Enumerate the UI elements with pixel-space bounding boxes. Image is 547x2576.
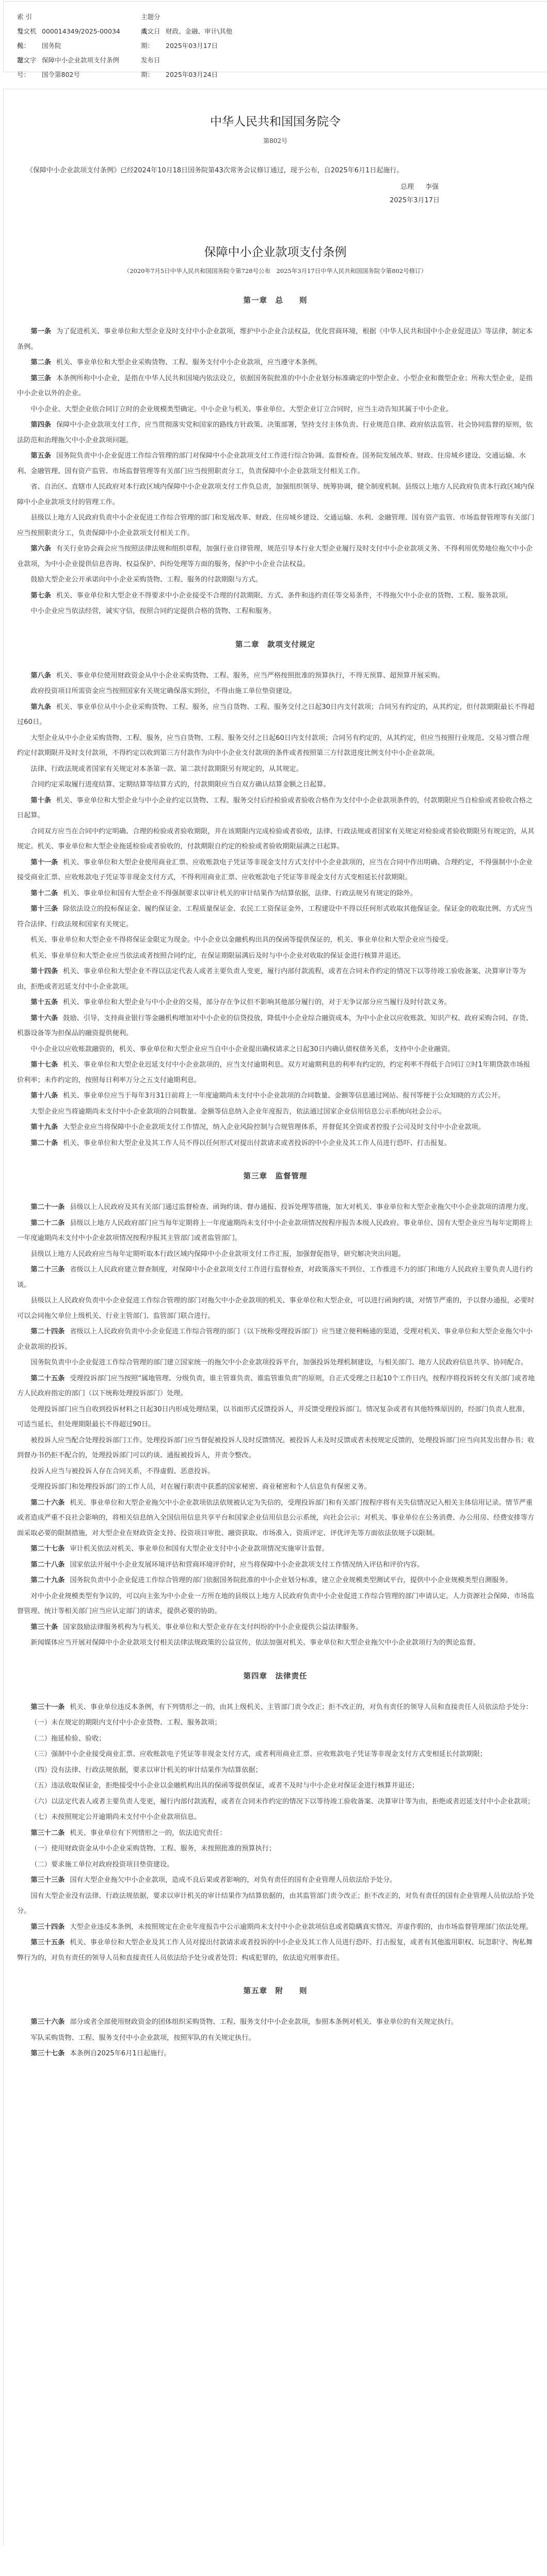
chapter-heading: 第五章 附 则 [4,1985,547,1996]
paragraph-text: 被投诉人应当配合处理投诉部门工作。处理投诉部门应当督促被投诉人及时反馈情况。被投… [17,1437,534,1460]
paragraph-text: 中小企业应当依法经营，诚实守信，按照合同约定提供合格的货物、工程和服务。 [30,607,276,615]
paragraph: 投诉人应当与被投诉人存在合同关系，不得虚假、恶意投诉。 [4,1464,547,1479]
chapter-heading: 第三章 监督管理 [4,1170,547,1181]
article-number: 第二十四条 [30,1328,65,1335]
paragraph-text: 法律、行政法规或者国家有关规定对本条第一款、第二款付款期限另有规定的，从其规定。 [30,765,303,773]
paragraph: （六）以法定代表人或者主要负责人变更，履行内部付款流程，或者在合同未作约定的情况… [4,1794,547,1810]
article-paragraph: 第十四条机关、事业单位和大型企业不得以法定代表人或者主要负责人变更，履行内部付款… [4,964,547,994]
paragraph-text: 国务院负责中小企业促进工作综合管理的部门对保障中小企业款项支付工作进行综合协调、… [17,452,526,475]
paragraph: 中小企业以应收账款融资的，机关、事业单位和大型企业应当自中小企业提出确权请求之日… [4,1042,547,1057]
article-paragraph: 第三十二条机关、事业单位有下列情形之一的，依法追究责任： [4,1826,547,1841]
paragraph: 国有大型企业没有法律、行政法规依据，要求以审计机关的审计结果作为结算依据的，由其… [4,1889,547,1919]
paragraph: （七）未按照规定公开逾期尚未支付中小企业款项信息。 [4,1810,547,1825]
article-paragraph: 第十九条大型企业应当将保障中小企业款项支付工作情况，纳入企业风险控制与合规管理体… [4,1120,547,1135]
paragraph: （二）要求施工单位对政府投资项目垫资建设。 [4,1857,547,1873]
article-number: 第十一条 [30,859,58,866]
article-paragraph: 第二十六条机关、事业单位和大型企业拖欠中小企业款项依法依规被认定为失信的，受理投… [4,1495,547,1541]
article-number: 第十九条 [30,1123,58,1131]
article-number: 第十八条 [30,1092,58,1100]
paragraph-text: 机关、事业单位和大型企业不得要求中小企业接受不合理的付款期限、方式、条件和违约责… [56,592,512,600]
paragraph-text: （四）没有法律、行政法规依据，要求以审计机关的审计结果作为结算依据； [30,1766,262,1774]
paragraph: 鼓励大型企业公开承诺向中小企业采购货物、工程、服务的付款期限与方式。 [4,572,547,588]
paragraph-text: （二）拖延检验、验收； [30,1735,105,1743]
article-paragraph: 第二十条机关、事业单位和大型企业及其工作人员不得以任何形式对提出付款请求或者投诉… [4,1136,547,1151]
paragraph-text: 国家依法开展中小企业发展环境评估和营商环境评价时，应当将保障中小企业款项支付工作… [70,1561,424,1569]
paragraph-text: 机关、事业单位和大型企业与中小企业约定以货物、工程、服务交付后经检验或者验收合格… [17,797,533,820]
regulation-subtitle: （2020年7月5日中华人民共和国国务院令第728号公布 2025年3月17日中… [4,267,547,275]
paragraph: 被投诉人应当配合处理投诉部门工作。处理投诉部门应当督促被投诉人及时反馈情况。被投… [4,1433,547,1463]
paragraph: 机关、事业单位和大型企业不得将保证金限定为现金。中小企业以金融机构出具的保函等提… [4,932,547,948]
article-paragraph: 第二条机关、事业单位和大型企业采购货物、工程、服务支付中小企业款项，应当遵守本条… [4,355,547,371]
article-paragraph: 第四条保障中小企业款项支付工作，应当贯彻落实党和国家的路线方针政策、决策部署，坚… [4,417,547,448]
paragraph-text: 受理投诉部门应当按照“属地管理、分级负责，谁主管谁负责、谁监管谁负责”的原则，自… [17,1375,535,1398]
article-paragraph: 第三十三条国有大型企业拖欠中小企业款项，造成不良后果或者影响的，对负有责任的国有… [4,1873,547,1888]
paragraph: 合同双方应当在合同中约定明确、合理的检验或者验收期限，并在该期限内完成检验或者验… [4,824,547,855]
paragraph-text: 有关行业协会商会应当按照法律法规和组织章程，加强行业自律管理，规范引导本行业大型… [17,545,533,568]
article-number: 第十五条 [30,999,58,1006]
paragraph-text: （一）使用财政资金从中小企业采购货物、工程、服务，未按照批准的预算执行； [30,1845,276,1853]
meta-empty [141,39,520,53]
article-number: 第三十六条 [30,2018,65,2026]
paragraph-text: 机关、事业单位和大型企业不得以法定代表人或者主要负责人变更，履行内部付款流程，或… [17,968,526,991]
article-paragraph: 第二十三条省级以上人民政府建立督查制度，对保障中小企业款项支付工作进行监督检查，… [4,1262,547,1293]
paragraph: 军队采购货物、工程、服务支付中小企业款项，按照军队的有关规定执行。 [4,2031,547,2046]
article-number: 第十六条 [30,1015,58,1022]
paragraph-text: 审计机关依法对机关、事业单位和国有大型企业支付中小企业款项情况实施审计监督。 [70,1545,328,1553]
paragraph-text: 除依法设立的投标保证金、履约保证金、工程质量保证金、农民工工资保证金外，工程建设… [17,905,533,928]
article-number: 第三十五条 [30,1939,65,1946]
signer-name: 李强 [425,183,439,191]
article-paragraph: 第三十六条部分或者全部使用财政资金的团体组织采购货物、工程、服务支付中小企业款项… [4,2015,547,2030]
article-paragraph: 第十七条机关、事业单位和大型企业迟延支付中小企业款项的，应当支付逾期利息。双方对… [4,1057,547,1088]
document-body: 中华人民共和国国务院令 第802号 《保障中小企业款项支付条例》已经2024年1… [3,89,547,2546]
article-number: 第五条 [30,452,51,460]
meta-topic: 主题分类：财政、金融、审计\其他 [141,10,520,24]
paragraph-text: 受理投诉部门和处理投诉部门的工作人员，对在履行职责中获悉的国家秘密、商业秘密和个… [30,1483,371,1491]
paragraph: 新闻媒体应当开展对保障中小企业款项支付相关法律法规政策的公益宣传，依法加强对机关… [4,1635,547,1651]
article-number: 第十条 [30,797,51,804]
article-number: 第二十八条 [30,1561,65,1569]
paragraph: 中小企业、大型企业依合同订立时的企业规模类型确定。中小企业与机关、事业单位、大型… [4,402,547,417]
promulgation-text: 《保障中小企业款项支付条例》已经2024年10月18日国务院第43次常务会议修订… [26,165,547,177]
chapters-container: 第一章 总 则第一条为了促进机关、事业单位和大型企业及时支付中小企业款项，维护中… [4,295,547,2062]
paragraph-text: 大型企业违反本条例，未按照规定在企业年度报告中公示逾期尚未支付中小企业款项信息或… [70,1923,533,1931]
meta-value: 2025年03月24日 [166,71,218,78]
paragraph-text: 本条例所称中小企业，是指在中华人民共和国境内依法设立，依据国务院批准的中小企业划… [17,375,533,398]
paragraph-text: 部分或者全部使用财政资金的团体组织采购货物、工程、服务支付中小企业款项，参照本条… [70,2018,458,2026]
paragraph-text: 机关、事业单位和大型企业采购货物、工程、服务支付中小企业款项，应当遵守本条例。 [56,359,321,366]
article-number: 第三条 [30,375,51,382]
paragraph-text: 机关、事业单位和国有大型企业不得强制要求以审计机关的审计结果作为结算依据，法律、… [63,890,417,897]
paragraph: （三）强制中小企业接受商业汇票、应收账款电子凭证等非现金支付方式，或者利用商业汇… [4,1747,547,1762]
paragraph-text: 县级以上地方人民政府部门应当每年定期将上一年度逾期尚未支付中小企业款项情况按程序… [17,1219,533,1243]
article-paragraph: 第十八条机关、事业单位应当于每年3月31日前将上一年度逾期尚未支付中小企业款项的… [4,1088,547,1104]
article-paragraph: 第二十五条受理投诉部门应当按照“属地管理、分级负责，谁主管谁负责、谁监管谁负责”… [4,1371,547,1402]
paragraph: （一）未在规定的期限内支付中小企业货物、工程、服务款项； [4,1715,547,1731]
paragraph-text: 对中小企业规模类型有争议的，可以向主张为中小企业一方所在地的县级以上地方人民政府… [17,1592,534,1616]
article-number: 第二十五条 [30,1375,65,1382]
paragraph-text: 政府投资项目所需资金应当按照国家有关规定确保落实到位，不得由施工单位垫资建设。 [30,687,296,695]
paragraph-text: 军队采购货物、工程、服务支付中小企业款项，按照军队的有关规定执行。 [30,2034,255,2042]
article-paragraph: 第二十四条省级以上人民政府负责中小企业促进工作综合管理的部门（以下统称受理投诉部… [4,1324,547,1355]
paragraph-text: （三）强制中小企业接受商业汇票、应收账款电子凭证等非现金支付方式，或者利用商业汇… [30,1750,487,1758]
paragraph: 处理投诉部门应当自收到投诉材料之日起30日内形成处理结果，以书面形式反馈投诉人，… [4,1402,547,1432]
article-number: 第三十条 [30,1623,58,1631]
paragraph: 政府投资项目所需资金应当按照国家有关规定确保落实到位，不得由施工单位垫资建设。 [4,684,547,699]
paragraph-text: 国家鼓励法律服务机构为与机关、事业单位和大型企业存在支付纠纷的中小企业提供公益法… [63,1623,362,1631]
article-paragraph: 第二十一条县级以上人民政府及其有关部门通过监督检查、函询约谈、督办通报、投诉处理… [4,1200,547,1215]
article-number: 第十三条 [30,905,58,913]
article-paragraph: 第二十二条县级以上地方人民政府部门应当每年定期将上一年度逾期尚未支付中小企业款项… [4,1216,547,1246]
paragraph-text: 投诉人应当与被投诉人存在合同关系，不得虚假、恶意投诉。 [30,1468,214,1475]
paragraph-text: 机关、事业单位和大型企业使用商业汇票、应收账款电子凭证等非现金支付方式支付中小企… [17,859,533,882]
paragraph-text: 合同约定采取履行进度结算、定期结算等结算方式的，付款期限应当自双方确认结算金额之… [30,781,330,788]
paragraph: 国务院负责中小企业促进工作综合管理的部门建立国家统一的拖欠中小企业款项投诉平台，… [4,1355,547,1371]
article-number: 第十四条 [30,968,58,975]
chapter-heading: 第四章 法律责任 [4,1670,547,1681]
paragraph: 县级以上地方人民政府负责中小企业促进工作综合管理的部门和发展改革、财政、住房城乡… [4,510,547,541]
article-number: 第二十六条 [30,1499,65,1507]
paragraph-text: （六）以法定代表人或者主要负责人变更，履行内部付款流程，或者在合同未作约定的情况… [30,1798,534,1806]
paragraph-text: 处理投诉部门应当自收到投诉材料之日起30日内形成处理结果，以书面形式反馈投诉人，… [17,1406,529,1429]
paragraph-text: 省、自治区、直辖市人民政府对本行政区域内保障中小企业款项支付工作负总责，加强组织… [17,483,534,506]
article-paragraph: 第三十条国家鼓励法律服务机构为与机关、事业单位和大型企业存在支付纠纷的中小企业提… [4,1620,547,1635]
paragraph-text: 中小企业以应收账款融资的，机关、事业单位和大型企业应当自中小企业提出确权请求之日… [30,1045,454,1053]
signature-date: 2025年3月17日 [4,195,547,204]
paragraph-text: 省级以上人民政府负责中小企业促进工作综合管理的部门（以下统称受理投诉部门）应当建… [17,1328,533,1351]
article-number: 第二十三条 [30,1266,65,1274]
paragraph-text: 国务院负责中小企业促进工作综合管理的部门依据国务院批准的中小企业划分标准，建立企… [70,1576,512,1584]
article-paragraph: 第十五条机关、事业单位和大型企业与中小企业的交易，部分存在争议但不影响其他部分履… [4,995,547,1010]
paragraph-text: 机关、事业单位使用财政资金从中小企业采购货物、工程、服务，应当严格按照批准的预算… [56,672,444,680]
paragraph-text: 为了促进机关、事业单位和大型企业及时支付中小企业款项，维护中小企业合法权益，优化… [17,328,533,351]
paragraph-text: 大型企业应当将保障中小企业款项支付工作情况，纳入企业风险控制与合规管理体系，并督… [63,1123,485,1131]
article-paragraph: 第十一条机关、事业单位和大型企业使用商业汇票、应收账款电子凭证等非现金支付方式支… [4,855,547,886]
paragraph: 合同约定采取履行进度结算、定期结算等结算方式的，付款期限应当自双方确认结算金额之… [4,777,547,793]
signer-role: 总理 [400,183,414,191]
paragraph: （二）拖延检验、验收； [4,1731,547,1747]
article-number: 第三十三条 [30,1876,65,1884]
paragraph-text: 国有大型企业拖欠中小企业款项，造成不良后果或者影响的，对负有责任的国有企业管理人… [70,1876,396,1884]
paragraph: （四）没有法律、行政法规依据，要求以审计机关的审计结果作为结算依据； [4,1763,547,1778]
article-paragraph: 第二十九条国务院负责中小企业促进工作综合管理的部门依据国务院批准的中小企业划分标… [4,1573,547,1588]
paragraph: 机关、事业单位和大型企业应当依法或者按照合同约定，在保证期限届满后及时与中小企业… [4,948,547,964]
article-paragraph: 第三十四条大型企业违反本条例，未按照规定在企业年度报告中公示逾期尚未支付中小企业… [4,1920,547,1935]
paragraph-text: 本条例自2025年6月1日起施行。 [70,2050,170,2057]
paragraph-text: 中小企业、大型企业依合同订立时的企业规模类型确定。中小企业与机关、事业单位、大型… [30,406,453,413]
article-number: 第三十一条 [30,1703,65,1711]
article-paragraph: 第十条机关、事业单位和大型企业与中小企业约定以货物、工程、服务交付后经检验或者验… [4,793,547,824]
document-metadata-panel: 索 引 号：000014349/2025-00034 主题分类：财政、金融、审计… [3,1,547,72]
article-number: 第四条 [30,421,51,429]
paragraph-text: 县级以上人民政府负责中小企业促进工作综合管理的部门对拖欠中小企业款项的机关、事业… [17,1297,534,1320]
spacer [0,72,547,89]
paragraph: 对中小企业规模类型有争议的，可以向主张为中小企业一方所在地的县级以上地方人民政府… [4,1589,547,1619]
article-paragraph: 第三十一条机关、事业单位违反本条例，有下列情形之一的，由其上级机关、主管部门责令… [4,1700,547,1715]
article-number: 第三十二条 [30,1829,65,1837]
paragraph-text: 合同双方应当在合同中约定明确、合理的检验或者验收期限，并在该期限内完成检验或者验… [17,828,534,851]
paragraph: 受理投诉部门和处理投诉部门的工作人员，对在履行职责中获悉的国家秘密、商业秘密和个… [4,1479,547,1495]
article-paragraph: 第一条为了促进机关、事业单位和大型企业及时支付中小企业款项，维护中小企业合法权益… [4,324,547,355]
order-title: 中华人民共和国国务院令 [4,112,547,129]
article-paragraph: 第八条机关、事业单位使用财政资金从中小企业采购货物、工程、服务，应当严格按照批准… [4,668,547,684]
article-number: 第七条 [30,592,51,600]
article-number: 第三十七条 [30,2050,65,2057]
meta-label: 发布日期： [141,53,166,82]
article-number: 第十七条 [30,1061,58,1069]
paragraph: （一）使用财政资金从中小企业采购货物、工程、服务，未按照批准的预算执行； [4,1841,547,1857]
article-number: 第一条 [30,328,51,335]
paragraph-text: 保障中小企业款项支付工作，应当贯彻落实党和国家的路线方针政策、决策部署，坚持支付… [17,421,533,444]
paragraph: 中小企业应当依法经营，诚实守信，按照合同约定提供合格的货物、工程和服务。 [4,604,547,619]
paragraph-text: 机关、事业单位和大型企业不得将保证金限定为现金。中小企业以金融机构出具的保函等提… [30,936,453,944]
paragraph-text: 机关、事业单位从中小企业采购货物、工程、服务，应当自货物、工程、服务交付之日起3… [17,703,535,727]
paragraph-text: 机关、事业单位有下列情形之一的，依法追究责任： [70,1829,226,1837]
article-number: 第二十条 [30,1139,58,1147]
article-paragraph: 第五条国务院负责中小企业促进工作综合管理的部门对保障中小企业款项支付工作进行综合… [4,448,547,479]
paragraph-text: （五）违法收取保证金，拒绝接受中小企业以金融机构出具的保函等提供保证，或者不及时… [30,1782,419,1790]
paragraph: 县级以上地方人民政府应当每年定期听取本行政区域内保障中小企业款项支付工作汇报，加… [4,1247,547,1262]
article-number: 第二条 [30,359,51,366]
article-paragraph: 第十六条鼓励、引导、支持商业银行等金融机构增加对中小企业的信贷投放，降低中小企业… [4,1011,547,1041]
article-number: 第九条 [30,703,51,711]
chapter-heading: 第一章 总 则 [4,295,547,305]
article-number: 第二十二条 [30,1219,65,1227]
paragraph-text: 机关、事业单位违反本条例，有下列情形之一的，由其上级机关、主管部门责令改正；拒不… [70,1703,533,1711]
paragraph-text: 机关、事业单位和大型企业及其工作人员不得以任何形式对提出付款请求或者投诉的中小企… [63,1139,451,1147]
paragraph-text: 机关、事业单位应当于每年3月31日前将上一年度逾期尚未支付中小企业款项的合同数量… [63,1092,505,1100]
meta-written-date: 成文日期：2025年03月17日 [141,24,520,39]
paragraph: （五）违法收取保证金，拒绝接受中小企业以金融机构出具的保函等提供保证，或者不及时… [4,1778,547,1794]
article-paragraph: 第七条机关、事业单位和大型企业不得要求中小企业接受不合理的付款期限、方式、条件和… [4,588,547,604]
paragraph-text: 鼓励大型企业公开承诺向中小企业采购货物、工程、服务的付款期限与方式。 [30,576,262,584]
meta-value: 国令第802号 [42,71,80,78]
regulation-title: 保障中小企业款项支付条例 [4,243,547,260]
paragraph-text: 新闻媒体应当开展对保障中小企业款项支付相关法律法规政策的公益宣传，依法加强对机关… [30,1639,479,1647]
paragraph-text: 省级以上人民政府建立督查制度，对保障中小企业款项支付工作进行监督检查，对政策落实… [17,1266,533,1289]
article-paragraph: 第十二条机关、事业单位和国有大型企业不得强制要求以审计机关的审计结果作为结算依据… [4,886,547,901]
paragraph: 县级以上人民政府负责中小企业促进工作综合管理的部门对拖欠中小企业款项的机关、事业… [4,1293,547,1324]
paragraph-text: （一）未在规定的期限内支付中小企业货物、工程、服务款项； [30,1719,221,1727]
paragraph: 大型企业应当将逾期尚未支付中小企业款项的合同数量、金额等信息纳入企业年度报告，依… [4,1104,547,1120]
article-number: 第八条 [30,672,51,680]
paragraph-text: 国有大型企业没有法律、行政法规依据，要求以审计机关的审计结果作为结算依据的，由其… [17,1892,534,1915]
meta-label: 发文字号： [17,53,42,82]
article-number: 第二十九条 [30,1576,65,1584]
paragraph-text: 大型企业应当将逾期尚未支付中小企业款项的合同数量、金额等信息纳入企业年度报告，依… [30,1108,445,1116]
signature-line: 总理李强 [4,180,547,195]
meta-publish-date: 发布日期：2025年03月24日 [141,53,520,68]
paragraph-text: 机关、事业单位和大型企业及其工作人员对提出付款请求或者投诉的中小企业及其工作人员… [17,1939,533,1962]
article-paragraph: 第三十七条本条例自2025年6月1日起施行。 [4,2046,547,2062]
paragraph-text: （七）未按照规定公开逾期尚未支付中小企业款项信息。 [30,1813,201,1821]
paragraph: 大型企业从中小企业采购货物、工程、服务，应当自货物、工程、服务交付之日起60日内… [4,731,547,761]
article-paragraph: 第十三条除依法设立的投标保证金、履约保证金、工程质量保证金、农民工工资保证金外，… [4,901,547,932]
article-paragraph: 第九条机关、事业单位从中小企业采购货物、工程、服务，应当自货物、工程、服务交付之… [4,700,547,730]
paragraph-text: 机关、事业单位和大型企业应当依法或者按照合同约定，在保证期限届满后及时与中小企业… [30,952,405,960]
paragraph-text: 机关、事业单位和大型企业拖欠中小企业款项依法依规被认定为失信的，受理投诉部门和有… [17,1499,534,1537]
paragraph-text: 县级以上地方人民政府负责中小企业促进工作综合管理的部门和发展改革、财政、住房城乡… [17,514,534,537]
paragraph-text: 大型企业从中小企业采购货物、工程、服务，应当自货物、工程、服务交付之日起60日内… [17,734,529,758]
paragraph-text: 机关、事业单位和大型企业迟延支付中小企业款项的，应当支付逾期利息。双方对逾期利息… [17,1061,530,1084]
article-number: 第三十四条 [30,1923,65,1931]
paragraph-text: 国务院负责中小企业促进工作综合管理的部门建立国家统一的拖欠中小企业款项投诉平台，… [30,1359,527,1366]
article-paragraph: 第二十八条国家依法开展中小企业发展环境评估和营商环境评价时，应当将保障中小企业款… [4,1557,547,1573]
article-paragraph: 第六条有关行业协会商会应当按照法律法规和组织章程，加强行业自律管理，规范引导本行… [4,541,547,572]
paragraph-text: 县级以上地方人民政府应当每年定期听取本行政区域内保障中小企业款项支付工作汇报，加… [30,1250,405,1258]
article-number: 第六条 [30,545,51,553]
chapter-heading: 第二章 款项支付规定 [4,639,547,650]
article-paragraph: 第二十七条审计机关依法对机关、事业单位和国有大型企业支付中小企业款项情况实施审计… [4,1541,547,1557]
paragraph-text: （二）要求施工单位对政府投资项目垫资建设。 [30,1861,173,1869]
paragraph: 省、自治区、直辖市人民政府对本行政区域内保障中小企业款项支付工作负总责，加强组织… [4,479,547,510]
article-number: 第二十七条 [30,1545,65,1553]
article-number: 第二十一条 [30,1203,65,1211]
article-paragraph: 第三十五条机关、事业单位和大型企业及其工作人员对提出付款请求或者投诉的中小企业及… [4,1935,547,1966]
order-number: 第802号 [4,136,547,145]
paragraph: 法律、行政法规或者国家有关规定对本条第一款、第二款付款期限另有规定的，从其规定。 [4,762,547,777]
article-paragraph: 第三条本条例所称中小企业，是指在中华人民共和国境内依法设立，依据国务院批准的中小… [4,371,547,401]
article-number: 第十二条 [30,890,58,897]
paragraph-text: 鼓励、引导、支持商业银行等金融机构增加对中小企业的信贷投放，降低中小企业综合融资… [17,1015,533,1038]
paragraph-text: 县级以上人民政府及其有关部门通过监督检查、函询约谈、督办通报、投诉处理等措施，加… [70,1203,533,1211]
paragraph-text: 机关、事业单位和大型企业与中小企业的交易，部分存在争议但不影响其他部分履行的，对… [63,999,451,1006]
